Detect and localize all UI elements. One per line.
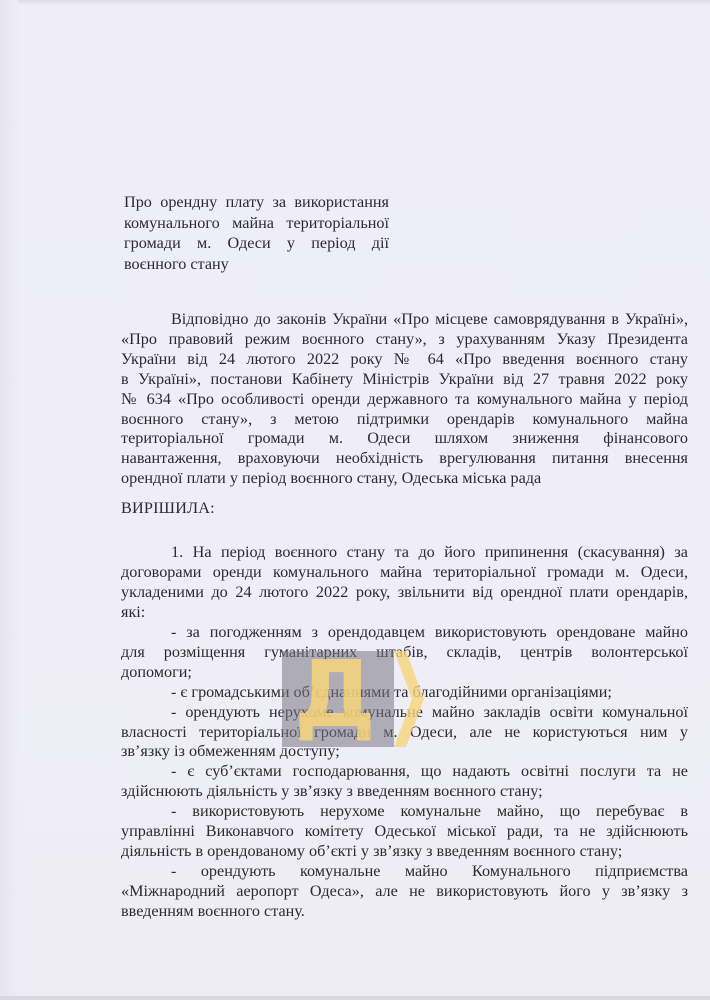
list-item-line: допомоги; [121,663,688,683]
list-item: - є суб’єктами господарювання, що надают… [121,762,688,802]
clause-1: 1. На період воєнного стану та до його п… [121,543,688,623]
list-item-line: - використовують нерухоме комунальне май… [121,802,688,822]
preamble-line: України від 24 лютого 2022 року № 64 «Пр… [121,350,688,370]
preamble-line: навантаження, враховуючи необхідність вр… [121,449,688,469]
list-item-line: управлінні Виконавчого комітету Одеської… [121,822,688,842]
title-line: громади м. Одеси у період дії [124,233,389,254]
list-item: - орендують комунальне майно Комунальног… [121,862,688,922]
list-item-line: діяльність в орендованому об’єкті у зв’я… [121,842,688,862]
clause-line: які: [121,603,688,623]
list-item-line: здійснюють діяльність у зв’язку з введен… [121,782,688,802]
preamble-line: Відповідно до законів України «Про місце… [121,310,688,330]
resolution-heading: ВИРІШИЛА: [121,499,215,518]
preamble-line: воєнного стану», з метою підтримки оренд… [121,410,688,430]
list-item-line: «Міжнародний аеропорт Одеса», але не вик… [121,882,688,902]
document-page: Про орендну плату за використання комуна… [0,0,710,1000]
list-item: - є громадськими об’єднаннями та благоді… [121,683,688,703]
preamble-line: орендної плати у період воєнного стану, … [121,469,688,489]
preamble-paragraph: Відповідно до законів України «Про місце… [121,310,688,489]
title-line: комунального майна територіальної [124,213,389,234]
list-item-line: власності територіальної громади м. Одес… [121,723,688,743]
clause-line: укладеними до 24 лютого 2022 року, звіль… [121,583,688,603]
scan-edge-bottom [0,996,710,1000]
list-item: - за погодженням з орендодавцем використ… [121,623,688,683]
list-item: - використовують нерухоме комунальне май… [121,802,688,862]
list-item-line: - за погодженням з орендодавцем використ… [121,623,688,643]
list-item-line: зв’язку із обмеженням доступу; [121,742,688,762]
list-item-line: - є громадськими об’єднаннями та благоді… [121,683,688,703]
preamble-line: в Україні», постанови Кабінету Міністрів… [121,370,688,390]
list-item-line: - орендують комунальне майно Комунальног… [121,862,688,882]
list-item-line: - є суб’єктами господарювання, що надают… [121,762,688,782]
list-item-line: - орендують нерухоме комунальне майно за… [121,703,688,723]
preamble-line: № 634 «Про особливості оренди державного… [121,390,688,410]
title-line: Про орендну плату за використання [124,192,389,213]
scan-edge-left [0,0,18,1000]
clause-line: договорами оренди комунального майна тер… [121,563,688,583]
clause-1-list: - за погодженням з орендодавцем використ… [121,623,688,922]
preamble-line: територіальної громади м. Одеси шляхом з… [121,429,688,449]
scan-edge-top [0,0,710,5]
list-item-line: для розміщення гуманітарних штабів, скла… [121,643,688,663]
document-title: Про орендну плату за використання комуна… [124,192,389,274]
preamble-line: «Про правовий режим воєнного стану», з у… [121,330,688,350]
clause-line: 1. На період воєнного стану та до його п… [121,543,688,563]
list-item: - орендують нерухоме комунальне майно за… [121,703,688,763]
list-item-line: введенням воєнного стану. [121,902,688,922]
title-line: воєнного стану [124,254,389,275]
